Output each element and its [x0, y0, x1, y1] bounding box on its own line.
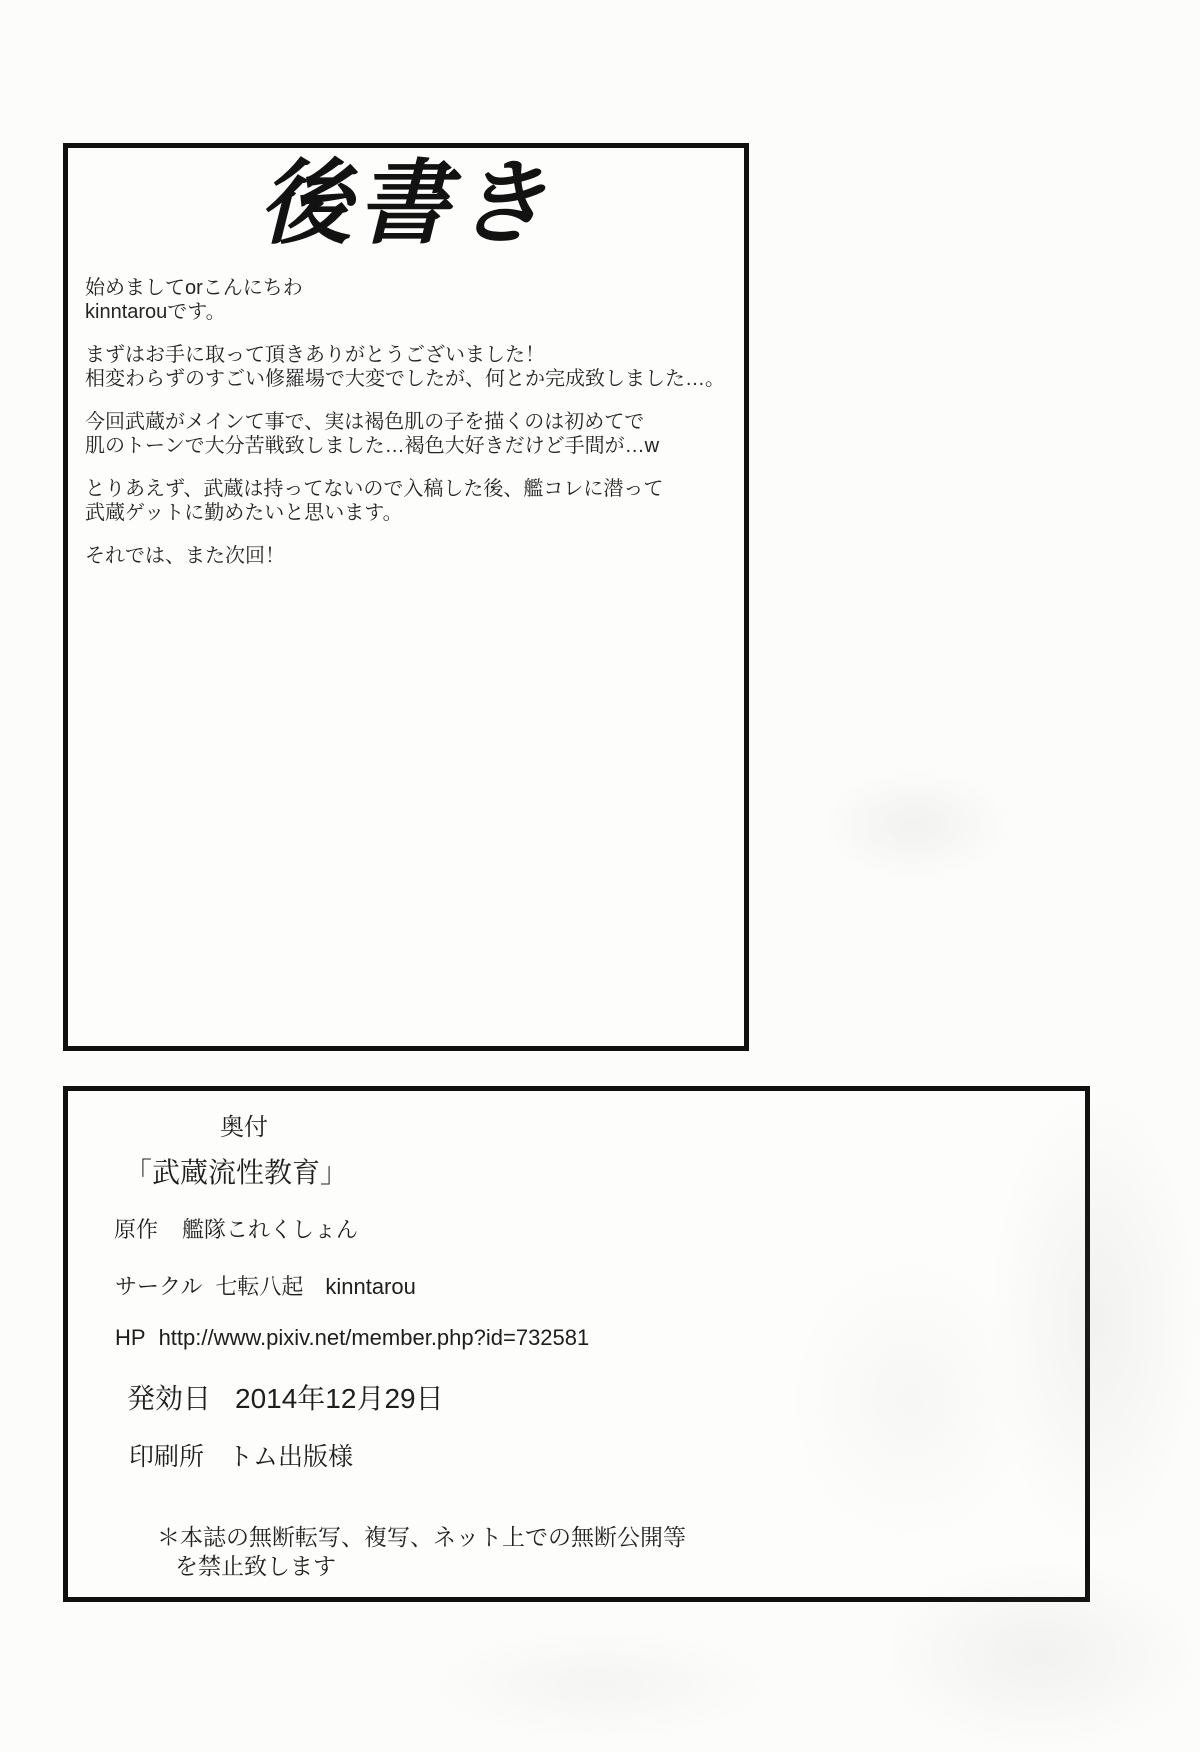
- copyright-notice: ＊本誌の無断転写、複写、ネット上での無断公開等 を禁止致します: [157, 1523, 686, 1581]
- colophon-box: 奥付 「武蔵流性教育」 原作艦隊これくしょん サークル七転八起 kinntaro…: [63, 1086, 1090, 1602]
- scanned-page: 後書き 始めましてorこんにちわ kinntarouです。 まずはお手に取って頂…: [0, 0, 1200, 1752]
- notice-line: を禁止致します: [157, 1552, 686, 1581]
- afterword-line: 肌のトーンで大分苦戦致しました…褐色大好きだけど手間が…w: [85, 435, 659, 457]
- afterword-line: まずはお手に取って頂きありがとうございました！: [85, 344, 545, 366]
- afterword-box: 後書き 始めましてorこんにちわ kinntarouです。 まずはお手に取って頂…: [63, 143, 749, 1051]
- row-value: 2014年12月29日: [235, 1383, 444, 1414]
- row-value: 七転八起 kinntarou: [215, 1274, 416, 1299]
- afterword-line: 武蔵ゲットに勤めたいと思います。: [85, 502, 403, 524]
- afterword-paragraph: まずはお手に取って頂きありがとうございました！ 相変わらずのすごい修羅場で大変で…: [85, 343, 734, 391]
- scan-smudge: [820, 770, 1010, 880]
- notice-line: ＊本誌の無断転写、複写、ネット上での無断公開等: [157, 1523, 686, 1552]
- row-value: 艦隊これくしょん: [182, 1217, 358, 1242]
- colophon-heading: 奥付: [220, 1107, 268, 1142]
- colophon-row-original-work: 原作艦隊これくしょん: [114, 1213, 358, 1244]
- colophon-row-printer: 印刷所トム出版様: [129, 1437, 353, 1473]
- row-label: 原作: [114, 1213, 158, 1244]
- afterword-line: 今回武蔵がメインて事で、実は褐色肌の子を描くのは初めてで: [85, 411, 644, 433]
- afterword-line: 相変わらずのすごい修羅場で大変でしたが、何とか完成致しました…。: [85, 368, 725, 390]
- row-label: 発効日: [127, 1377, 211, 1417]
- afterword-line: kinntarouです。: [85, 301, 226, 323]
- afterword-title: 後書き: [68, 154, 744, 255]
- afterword-line: それでは、また次回！: [85, 545, 285, 567]
- row-label: HP: [115, 1325, 146, 1351]
- afterword-paragraph: それでは、また次回！: [85, 544, 734, 568]
- colophon-row-homepage: HPhttp://www.pixiv.net/member.php?id=732…: [115, 1325, 589, 1351]
- row-label: 印刷所: [129, 1437, 204, 1473]
- afterword-paragraph: 今回武蔵がメインて事で、実は褐色肌の子を描くのは初めてで 肌のトーンで大分苦戦致…: [85, 410, 734, 458]
- afterword-body: 始めましてorこんにちわ kinntarouです。 まずはお手に取って頂きありが…: [85, 276, 734, 587]
- scan-smudge: [430, 1630, 770, 1740]
- row-label: サークル: [115, 1270, 202, 1301]
- afterword-line: とりあえず、武蔵は持ってないので入稿した後、艦コレに潜って: [85, 478, 663, 500]
- colophon-row-circle: サークル七転八起 kinntarou: [115, 1270, 416, 1301]
- row-value-url: http://www.pixiv.net/member.php?id=73258…: [159, 1325, 590, 1350]
- afterword-paragraph: 始めましてorこんにちわ kinntarouです。: [85, 276, 734, 324]
- colophon-row-issue-date: 発効日2014年12月29日: [127, 1377, 444, 1417]
- book-title: 「武蔵流性教育」: [124, 1151, 348, 1191]
- row-value: トム出版様: [228, 1443, 353, 1471]
- afterword-paragraph: とりあえず、武蔵は持ってないので入稿した後、艦コレに潜って 武蔵ゲットに勤めたい…: [85, 477, 734, 525]
- afterword-line: 始めましてorこんにちわ: [85, 277, 303, 299]
